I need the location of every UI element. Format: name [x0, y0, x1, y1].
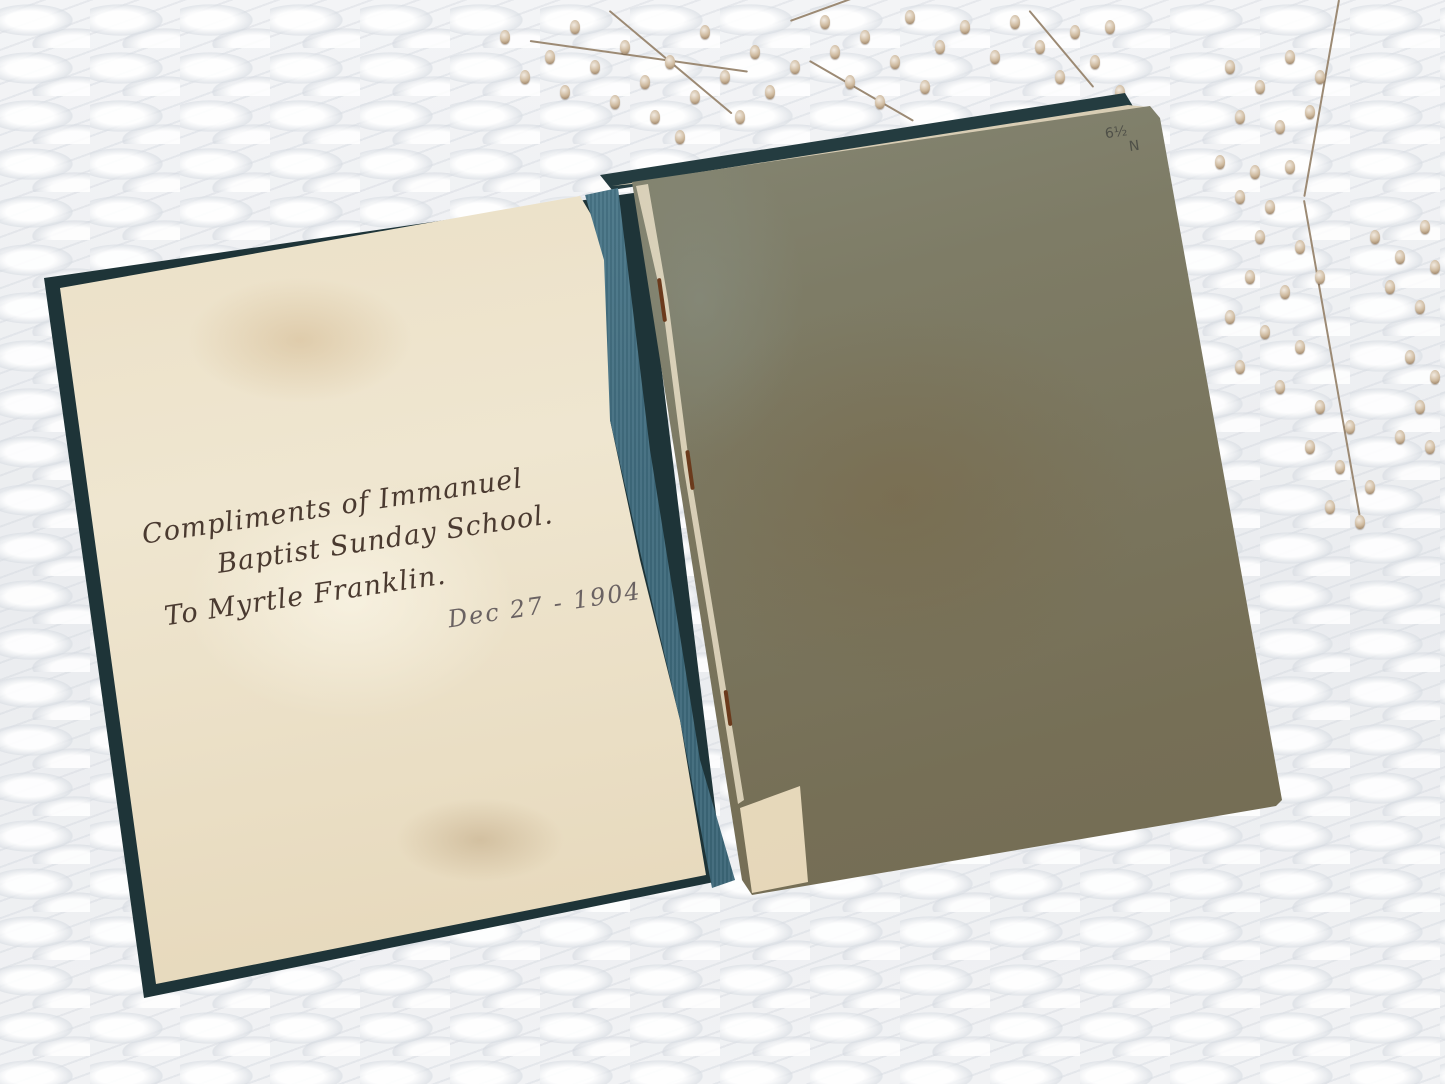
pencil-mark: 6½ N — [1104, 122, 1141, 158]
antique-book: Compliments of Immanuel Baptist Sunday S… — [0, 0, 1445, 1084]
